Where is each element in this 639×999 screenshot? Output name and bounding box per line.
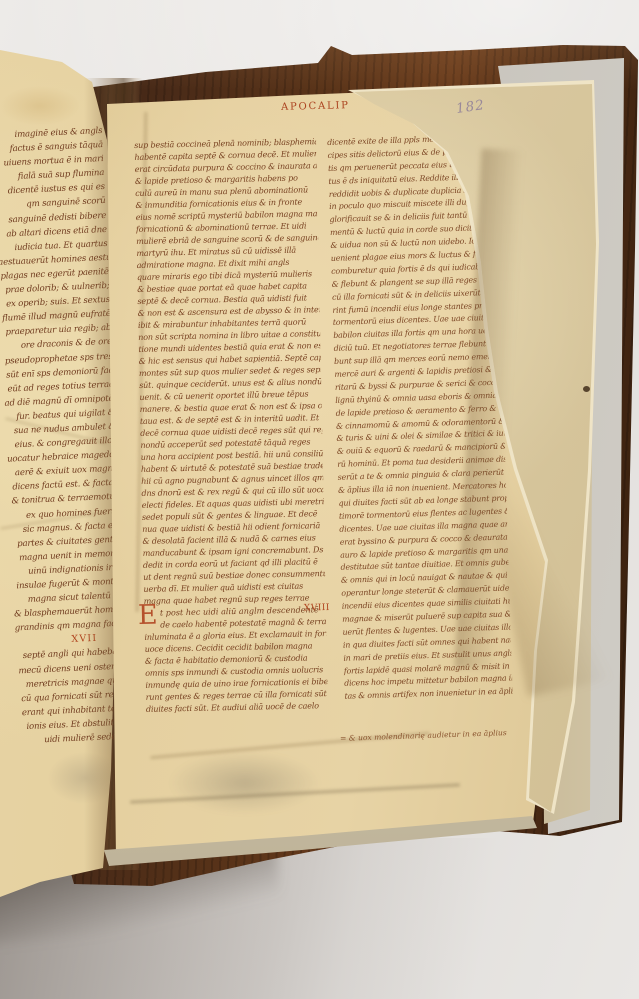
column1-lines-after-initial: de caelo habentē potestatē magnā & terra…	[144, 615, 328, 715]
dark-spot	[583, 386, 590, 392]
text-column-1: sup bestiā coccineā plenā nominib; blasp…	[134, 135, 328, 715]
column1-lines: sup bestiā coccineā plenā nominib; blasp…	[134, 135, 326, 607]
parchment-stain	[170, 752, 320, 814]
manuscript-photo: imaginē eius & anglsfactus ē sanguis tāq…	[0, 0, 639, 999]
rubricated-initial: E	[138, 603, 158, 629]
parchment-stain	[0, 86, 80, 126]
initial-line-text: t post hec uidi aliū anglm descendentē	[160, 604, 319, 617]
chapter-numeral-xviii: XVIII	[304, 602, 330, 615]
running-title: APOCALIP	[281, 100, 350, 113]
